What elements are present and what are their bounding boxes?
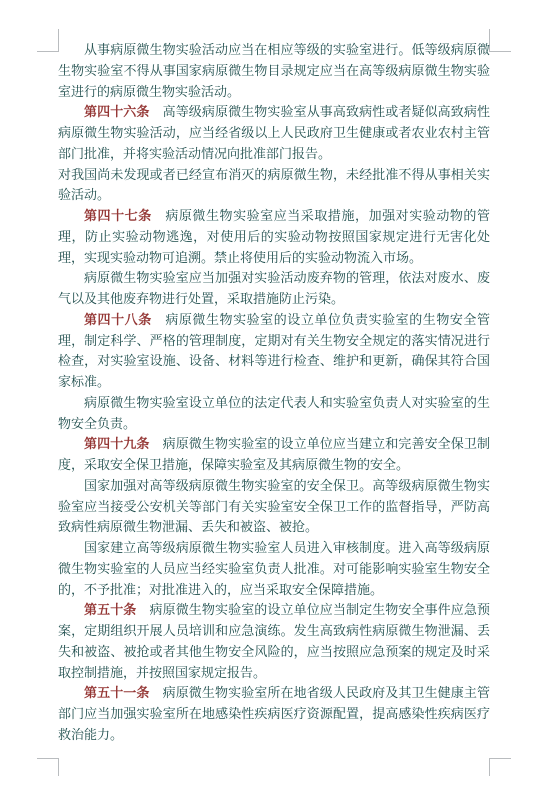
paragraph-text: 国家加强对高等级病原微生物实验室的安全保卫。高等级病原微生物实验室应当接受公安机… (58, 478, 490, 535)
paragraph: 第四十九条 病原微生物实验室的设立单位应当建立和完善安全保卫制度，采取安全保卫措… (58, 434, 490, 476)
crop-mark-bottom-right (489, 758, 511, 776)
paragraph: 国家加强对高等级病原微生物实验室的安全保卫。高等级病原微生物实验室应当接受公安机… (58, 476, 490, 538)
paragraph: 从事病原微生物实验活动应当在相应等级的实验室进行。低等级病原微生物实验室不得从事… (58, 40, 490, 102)
paragraph: 第四十七条 病原微生物实验室应当采取措施，加强对实验动物的管理，防止实验动物逃逸… (58, 206, 490, 268)
article-number: 第四十八条 (84, 312, 152, 327)
paragraph: 病原微生物实验室设立单位的法定代表人和实验室负责人对实验室的生物安全负责。 (58, 393, 490, 435)
paragraph-text: 病原微生物实验室应当加强对实验活动废弃物的管理，依法对废水、废气以及其他废弃物进… (58, 270, 490, 306)
document-body: 从事病原微生物实验活动应当在相应等级的实验室进行。低等级病原微生物实验室不得从事… (58, 40, 490, 746)
paragraph: 国家建立高等级病原微生物实验室人员进入审核制度。进入高等级病原微生物实验室的人员… (58, 538, 490, 600)
paragraph-text: 病原微生物实验室设立单位的法定代表人和实验室负责人对实验室的生物安全负责。 (58, 395, 490, 431)
paragraph: 第五十条 病原微生物实验室的设立单位应当制定生物安全事件应急预案，定期组织开展人… (58, 600, 490, 683)
article-number: 第四十七条 (84, 208, 152, 223)
article-number: 第四十九条 (84, 436, 150, 451)
paragraph: 第五十一条 病原微生物实验室所在地省级人民政府及其卫生健康主管部门应当加强实验室… (58, 683, 490, 745)
paragraph: 对我国尚未发现或者已经宣布消灭的病原微生物，未经批准不得从事相关实验活动。 (58, 165, 490, 207)
paragraph-text: 对我国尚未发现或者已经宣布消灭的病原微生物，未经批准不得从事相关实验活动。 (58, 167, 490, 203)
paragraph: 第四十六条 高等级病原微生物实验室从事高致病性或者疑似高致病性病原微生物实验活动… (58, 102, 490, 164)
article-number: 第五十条 (84, 602, 136, 617)
crop-mark-top-right (489, 29, 511, 52)
article-number: 第四十六条 (84, 104, 150, 119)
crop-mark-top-left (37, 29, 59, 52)
paragraph-text: 从事病原微生物实验活动应当在相应等级的实验室进行。低等级病原微生物实验室不得从事… (58, 42, 490, 99)
crop-mark-bottom-left (37, 758, 59, 776)
paragraph: 第四十八条 病原微生物实验室的设立单位负责实验室的生物安全管理，制定科学、严格的… (58, 310, 490, 393)
paragraph: 病原微生物实验室应当加强对实验活动废弃物的管理，依法对废水、废气以及其他废弃物进… (58, 268, 490, 310)
document-page: 从事病原微生物实验活动应当在相应等级的实验室进行。低等级病原微生物实验室不得从事… (0, 0, 548, 810)
article-number: 第五十一条 (84, 685, 150, 700)
paragraph-text: 国家建立高等级病原微生物实验室人员进入审核制度。进入高等级病原微生物实验室的人员… (58, 540, 490, 597)
